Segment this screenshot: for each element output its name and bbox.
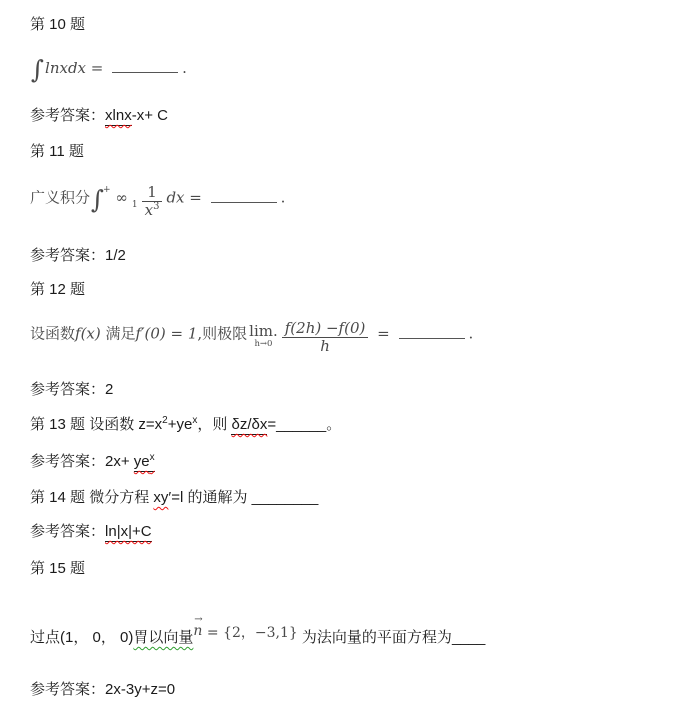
denominator: h [282, 337, 369, 355]
vector-components: = {2，−3,1} [202, 625, 297, 641]
question-13-title: 第 13 题 [30, 416, 85, 433]
question-14-title: 第 14 题 [30, 489, 85, 506]
answer-blank: ____ [452, 629, 485, 646]
formula-cjk-prefix: 广义积分 [30, 189, 90, 207]
answer-13-value: 2x+ [105, 453, 134, 470]
formula-blank [112, 60, 178, 73]
formula-cjk-text: ,则极限 [197, 325, 247, 343]
equals-sign: = [267, 416, 276, 433]
question-10-title: 第 10 题 [30, 15, 682, 35]
fprime-term: f′(0) = 1 [136, 325, 198, 343]
answer-13-marked-exponent: x [150, 452, 155, 463]
answer-13-marked-base: ye [134, 453, 150, 470]
spellcheck-marked-text: xy [153, 489, 168, 506]
question-13-text: 。 [326, 416, 341, 433]
answer-10-line: 参考答案：xlnx-x+ C [30, 106, 682, 126]
answer-10-rest: -x+ C [132, 107, 168, 124]
answer-11-line: 参考答案：1/2 [30, 246, 682, 266]
fraction: 1x3 [142, 184, 163, 218]
question-14-text: 的通解为 [187, 489, 251, 506]
question-14-line: 第 14 题 微分方程 xy′=l 的通解为 ________ [30, 488, 682, 508]
answer-15-line: 参考答案：2x-3y+z=0 [30, 680, 682, 700]
formula-period: . [469, 325, 474, 343]
formula-period: . [281, 189, 286, 207]
question-15-text: 为法向量的平面方程为 [298, 629, 452, 646]
question-14-text: 微分方程 [85, 489, 153, 506]
answer-12-value: 2 [105, 381, 113, 398]
denominator: x3 [142, 201, 163, 219]
formula-period: . [182, 59, 187, 77]
integral-sign: ∫ [30, 55, 45, 84]
question-10-formula: ∫lnxdx = . [30, 55, 682, 84]
question-14-text: ′=l [168, 489, 187, 506]
question-11-title: 第 11 题 [30, 142, 682, 162]
answer-label: 参考答案： [30, 381, 105, 398]
answer-label: 参考答案： [30, 453, 105, 470]
question-12-title: 第 12 题 [30, 280, 682, 300]
formula-cjk-text: 设函数 [30, 325, 75, 343]
limit-word: lim. [249, 324, 278, 339]
answer-label: 参考答案： [30, 681, 105, 698]
answer-10-marked: xlnx [105, 107, 132, 126]
spellcheck-marked-text: δz/δx [231, 416, 267, 435]
grammar-marked-text: 胃以向量 [133, 629, 193, 646]
infinity-symbol: ∞ [115, 189, 128, 207]
question-11-formula: 广义积分∫+ ∞11x3dx = . [30, 184, 682, 218]
question-13-text: ，则 [197, 416, 231, 433]
question-13-text: 设函数 z=x [85, 416, 162, 433]
formula-cjk-text: 满足 [101, 325, 136, 343]
answer-blank: ________ [252, 489, 319, 506]
answer-11-value: 1/2 [105, 247, 126, 264]
limit-operator: lim.h→0 [249, 324, 278, 349]
vector-formula: →n = {2，−3,1} [193, 625, 297, 641]
question-15-text: 过点(1， 0， 0) [30, 629, 133, 646]
answer-15-value: 2x-3y+z=0 [105, 681, 175, 698]
numerator: f(2h) −f(0) [282, 320, 369, 337]
integral-upper-limit: + [103, 185, 111, 195]
fraction: f(2h) −f(0)h [282, 320, 369, 354]
equals-sign: = [189, 189, 202, 207]
question-13-line: 第 13 题 设函数 z=x2+yex，则 δz/δx=______。 [30, 415, 682, 435]
formula-blank [399, 326, 465, 339]
dx-term: dx [166, 189, 184, 207]
exam-document: 第 10 题 ∫lnxdx = . 参考答案：xlnx-x+ C 第 11 题 … [0, 0, 682, 700]
answer-13-marked: yex [134, 453, 155, 472]
question-12-formula: 设函数f(x) 满足f′(0) = 1,则极限lim.h→0f(2h) −f(0… [30, 320, 682, 354]
equals-sign: = [377, 325, 390, 343]
answer-14-marked: ln|x|+C [105, 523, 152, 542]
denominator-base: x [145, 201, 153, 219]
denominator-exponent: 3 [153, 201, 159, 212]
answer-label: 参考答案： [30, 247, 105, 264]
fx-term: f(x) [75, 325, 101, 343]
numerator: 1 [142, 184, 163, 201]
limit-subscript: h→0 [249, 340, 278, 349]
equals-sign: = [91, 59, 104, 77]
formula-term: lnxdx [45, 59, 86, 77]
formula-blank [211, 190, 277, 203]
integral-lower-limit: 1 [132, 200, 138, 210]
answer-14-line: 参考答案：ln|x|+C [30, 522, 682, 542]
answer-13-line: 参考答案：2x+ yex [30, 452, 682, 472]
answer-label: 参考答案： [30, 107, 105, 124]
question-15-line: 过点(1， 0， 0)胃以向量→n = {2，−3,1} 为法向量的平面方程为_… [30, 617, 682, 648]
answer-label: 参考答案： [30, 523, 105, 540]
question-13-text: +ye [168, 416, 193, 433]
answer-blank: ______ [276, 416, 326, 433]
question-15-title: 第 15 题 [30, 559, 682, 579]
answer-12-line: 参考答案：2 [30, 380, 682, 400]
